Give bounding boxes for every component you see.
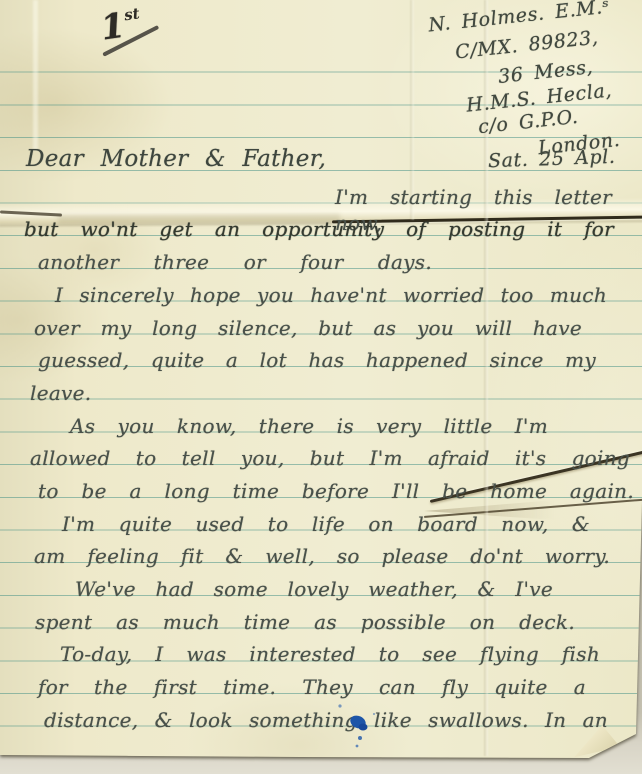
letter-line: distance, & look something like swallows…	[44, 707, 608, 733]
scanned-letter-page: 1st N. Holmes. E.M.ˢ C/MX. 89823, 36 Mes…	[0, 0, 642, 774]
letter-line: We've had some lovely weather, & I've	[75, 576, 553, 602]
page-number-suffix: st	[123, 4, 141, 24]
letter-line: leave.	[30, 380, 150, 406]
ink-blot	[330, 698, 382, 758]
letter-line: over my long silence, but as you will ha…	[34, 315, 582, 341]
letter-line: for the first time. They can fly quite a	[38, 674, 586, 700]
letter-line: guessed, quite a lot has happened since …	[38, 347, 596, 373]
page-number-marker: 1st	[98, 3, 142, 48]
paper-shadow-wrap: 1st N. Holmes. E.M.ˢ C/MX. 89823, 36 Mes…	[0, 0, 642, 774]
letter-line: to be a long time before I'll be home ag…	[38, 478, 634, 504]
date-line: Sat. 25 Apl.	[488, 145, 616, 173]
letter-line: allowed to tell you, but I'm afraid it's…	[30, 445, 630, 471]
letter-paper: 1st N. Holmes. E.M.ˢ C/MX. 89823, 36 Mes…	[0, 0, 642, 774]
letter-line: but wo'nt get an opportunity of posting …	[24, 216, 614, 242]
fold-crease-vertical-left	[33, 0, 38, 150]
letter-line: spent as much time as possible on deck.	[35, 609, 575, 635]
letter-line: I sincerely hope you have'nt worried too…	[55, 282, 607, 308]
salutation: Dear Mother & Father,	[26, 146, 336, 172]
letter-line: am feeling fit & well, so please do'nt w…	[34, 543, 610, 569]
letter-line: another three or four days.	[38, 249, 432, 275]
letter-line: To-day, I was interested to see flying f…	[60, 641, 600, 667]
letter-line: I'm quite used to life on board now, &	[62, 511, 590, 537]
letter-line: As you know, there is very little I'm	[70, 413, 548, 439]
